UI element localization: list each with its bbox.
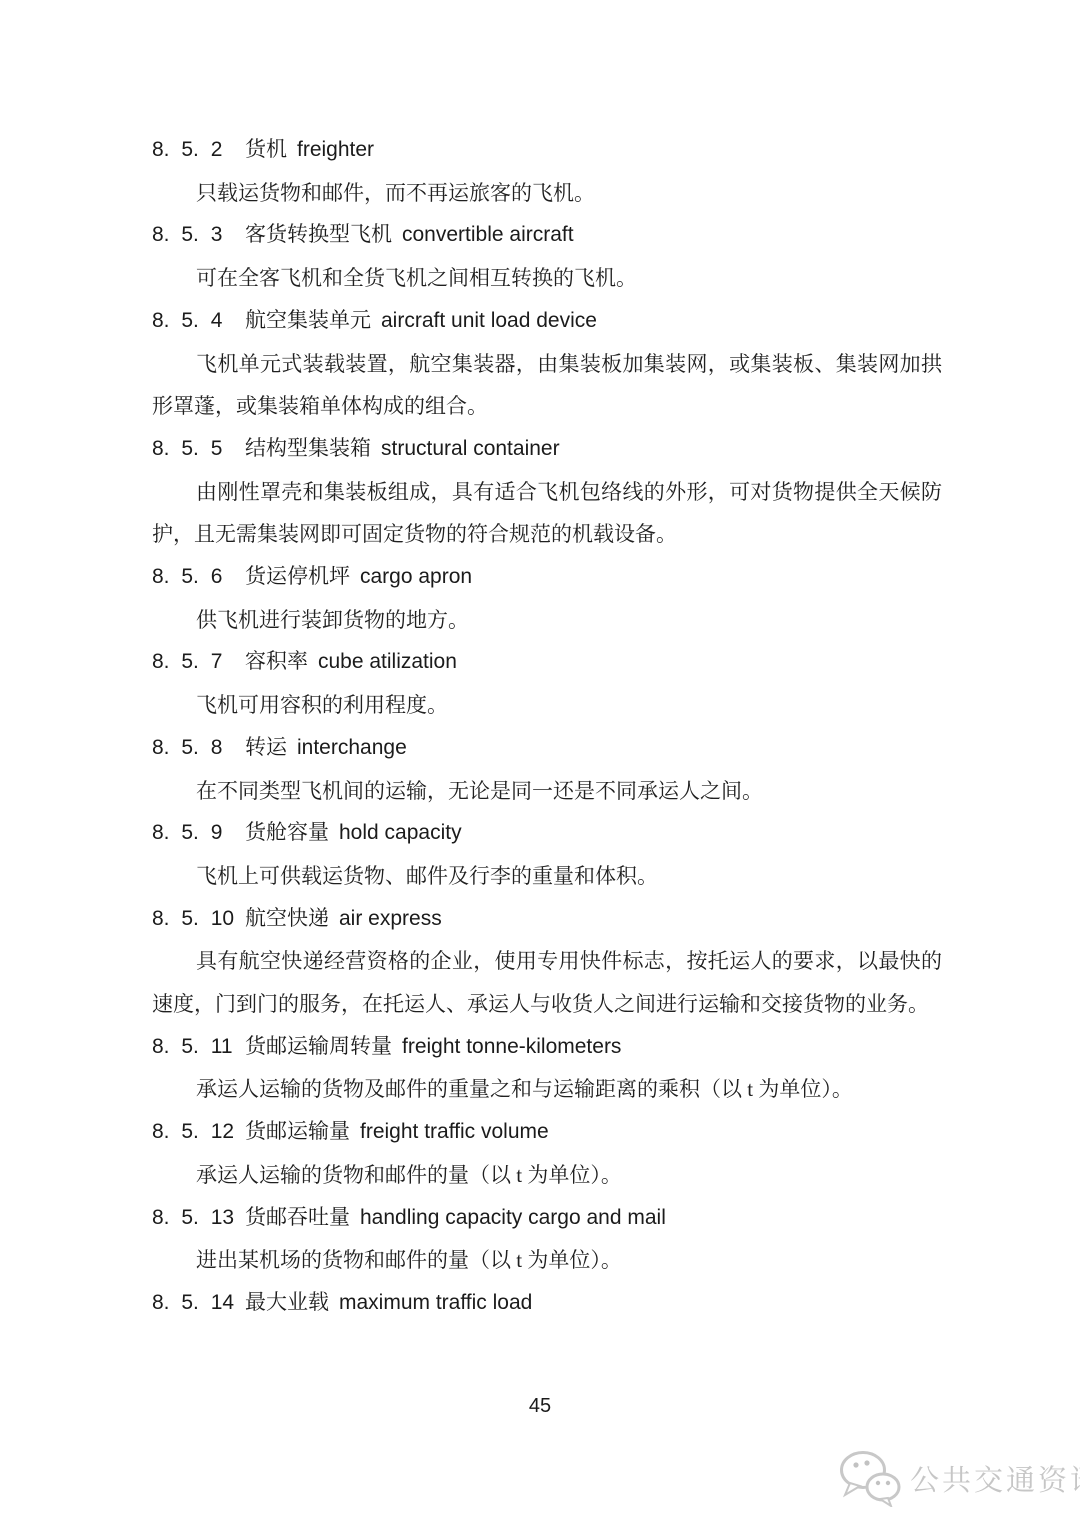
term-zh: 货机 [245,138,287,161]
term-definition: 具有航空快递经营资格的企业，使用专用快件标志，按托运人的要求，以最快的速度，门到… [152,940,942,1025]
term-definition: 承运人运输的货物和邮件的量（以 t 为单位）。 [152,1154,942,1197]
term-number: 8. 5. 7 [152,641,245,684]
term-zh: 货邮吞吐量 [245,1206,350,1229]
term-heading: 8. 5. 8转运interchange [152,727,942,770]
term-number: 8. 5. 5 [152,428,245,471]
term-en: hold capacity [339,821,462,844]
term-number: 8. 5. 14 [152,1282,245,1325]
term-definition: 只载运货物和邮件，而不再运旅客的飞机。 [152,172,942,215]
term-heading: 8. 5. 10航空快递air express [152,898,942,941]
term-heading: 8. 5. 13货邮吞吐量handling capacity cargo and… [152,1197,942,1240]
glossary-entry-8-5-6: 8. 5. 6货运停机坪cargo apron 供飞机进行装卸货物的地方。 [152,556,942,641]
watermark: 公共交通资讯 [838,1449,1080,1507]
term-en: maximum traffic load [339,1291,532,1314]
term-zh: 货邮运输量 [245,1120,350,1143]
term-zh: 客货转换型飞机 [245,223,392,246]
page-number: 45 [0,1395,1080,1418]
term-zh: 结构型集装箱 [245,437,371,460]
term-number: 8. 5. 8 [152,727,245,770]
term-zh: 容积率 [245,650,308,673]
document-page: 8. 5. 2货机freighter 只载运货物和邮件，而不再运旅客的飞机。 8… [0,0,1080,1527]
glossary-entry-8-5-9: 8. 5. 9货舱容量hold capacity 飞机上可供载运货物、邮件及行李… [152,812,942,897]
term-en: cube atilization [318,650,457,673]
term-number: 8. 5. 4 [152,300,245,343]
glossary-entry-8-5-14: 8. 5. 14最大业载maximum traffic load [152,1282,942,1325]
term-heading: 8. 5. 7容积率cube atilization [152,641,942,684]
term-heading: 8. 5. 11货邮运输周转量freight tonne-kilometers [152,1026,942,1069]
term-number: 8. 5. 13 [152,1197,245,1240]
term-definition: 由刚性罩壳和集装板组成，具有适合飞机包络线的外形，可对货物提供全天候防护，且无需… [152,471,942,556]
term-en: freight tonne-kilometers [402,1035,621,1058]
glossary-entry-8-5-7: 8. 5. 7容积率cube atilization 飞机可用容积的利用程度。 [152,641,942,726]
term-zh: 货运停机坪 [245,565,350,588]
term-number: 8. 5. 3 [152,214,245,257]
term-zh: 航空集装单元 [245,309,371,332]
glossary-entry-8-5-4: 8. 5. 4航空集装单元aircraft unit load device 飞… [152,300,942,428]
term-definition: 可在全客飞机和全货飞机之间相互转换的飞机。 [152,257,942,300]
glossary-entry-8-5-5: 8. 5. 5结构型集装箱structural container 由刚性罩壳和… [152,428,942,556]
term-definition: 飞机上可供载运货物、邮件及行李的重量和体积。 [152,855,942,898]
term-definition: 飞机单元式装载装置，航空集装器，由集装板加集装网，或集装板、集装网加拱形罩蓬，或… [152,343,942,428]
term-number: 8. 5. 9 [152,812,245,855]
term-en: freighter [297,138,374,161]
term-zh: 货邮运输周转量 [245,1035,392,1058]
term-number: 8. 5. 10 [152,898,245,941]
glossary-section: 8. 5. 2货机freighter 只载运货物和邮件，而不再运旅客的飞机。 8… [152,129,942,1325]
term-heading: 8. 5. 4航空集装单元aircraft unit load device [152,300,942,343]
term-number: 8. 5. 11 [152,1026,245,1069]
glossary-entry-8-5-3: 8. 5. 3客货转换型飞机convertible aircraft 可在全客飞… [152,214,942,299]
term-zh: 转运 [245,736,287,759]
term-en: convertible aircraft [402,223,574,246]
glossary-entry-8-5-10: 8. 5. 10航空快递air express 具有航空快递经营资格的企业，使用… [152,898,942,1026]
term-definition: 飞机可用容积的利用程度。 [152,684,942,727]
glossary-entry-8-5-13: 8. 5. 13货邮吞吐量handling capacity cargo and… [152,1197,942,1282]
wechat-logo-icon [838,1449,902,1507]
term-zh: 航空快递 [245,907,329,930]
term-definition: 在不同类型飞机间的运输，无论是同一还是不同承运人之间。 [152,770,942,813]
term-heading: 8. 5. 5结构型集装箱structural container [152,428,942,471]
glossary-entry-8-5-8: 8. 5. 8转运interchange 在不同类型飞机间的运输，无论是同一还是… [152,727,942,812]
term-zh: 最大业载 [245,1291,329,1314]
term-en: air express [339,907,442,930]
term-en: aircraft unit load device [381,309,597,332]
term-en: freight traffic volume [360,1120,549,1143]
term-definition: 承运人运输的货物及邮件的重量之和与运输距离的乘积（以 t 为单位）。 [152,1068,942,1111]
term-heading: 8. 5. 6货运停机坪cargo apron [152,556,942,599]
glossary-entry-8-5-12: 8. 5. 12货邮运输量freight traffic volume 承运人运… [152,1111,942,1196]
term-heading: 8. 5. 2货机freighter [152,129,942,172]
term-number: 8. 5. 2 [152,129,245,172]
watermark-text: 公共交通资讯 [910,1458,1080,1499]
term-definition: 进出某机场的货物和邮件的量（以 t 为单位）。 [152,1239,942,1282]
term-zh: 货舱容量 [245,821,329,844]
term-heading: 8. 5. 3客货转换型飞机convertible aircraft [152,214,942,257]
term-en: structural container [381,437,560,460]
term-en: cargo apron [360,565,472,588]
term-heading: 8. 5. 9货舱容量hold capacity [152,812,942,855]
glossary-entry-8-5-11: 8. 5. 11货邮运输周转量freight tonne-kilometers … [152,1026,942,1111]
term-heading: 8. 5. 14最大业载maximum traffic load [152,1282,942,1325]
term-en: handling capacity cargo and mail [360,1206,666,1229]
term-heading: 8. 5. 12货邮运输量freight traffic volume [152,1111,942,1154]
term-number: 8. 5. 12 [152,1111,245,1154]
term-number: 8. 5. 6 [152,556,245,599]
term-en: interchange [297,736,407,759]
term-definition: 供飞机进行装卸货物的地方。 [152,599,942,642]
glossary-entry-8-5-2: 8. 5. 2货机freighter 只载运货物和邮件，而不再运旅客的飞机。 [152,129,942,214]
